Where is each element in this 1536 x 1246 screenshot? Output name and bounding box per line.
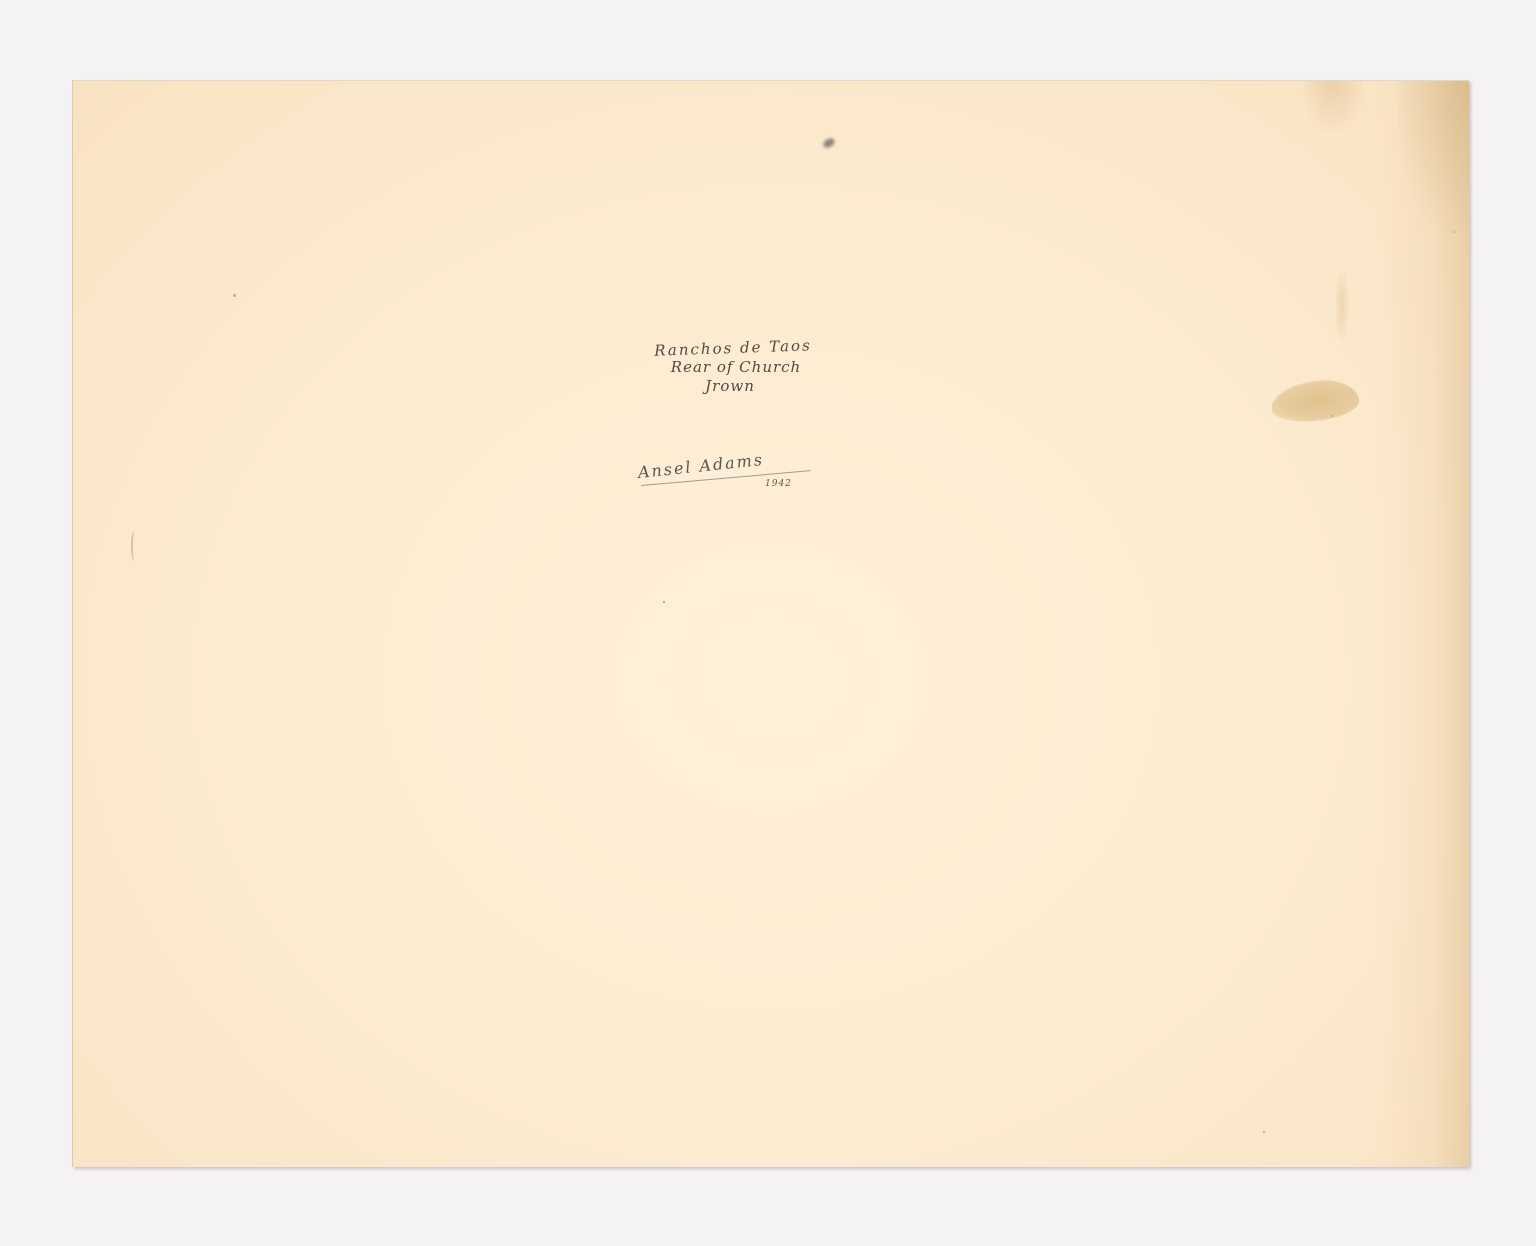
artist-signature: Ansel Adams 1942	[639, 463, 819, 482]
crease-mark	[131, 531, 137, 561]
mount-sheet: Ranchos de Taos Rear of Church Jrown Ans…	[72, 80, 1469, 1167]
water-stain	[1269, 377, 1361, 426]
inscription-subject: Rear of Church	[639, 358, 833, 377]
water-stain-top	[1303, 81, 1363, 131]
speck	[1453, 231, 1455, 233]
handwritten-inscription: Ranchos de Taos Rear of Church Jrown	[633, 339, 833, 396]
corner-aging-stain	[1399, 81, 1469, 231]
signature-name: Ansel Adams	[637, 444, 818, 482]
speck	[663, 601, 665, 603]
water-stain-drip	[1335, 271, 1349, 341]
signature-year: 1942	[765, 479, 792, 489]
speck	[1331, 415, 1333, 417]
inscription-note: Jrown	[627, 377, 833, 396]
speck	[1263, 1131, 1265, 1133]
speck	[233, 294, 236, 297]
smudge-mark	[822, 137, 836, 150]
